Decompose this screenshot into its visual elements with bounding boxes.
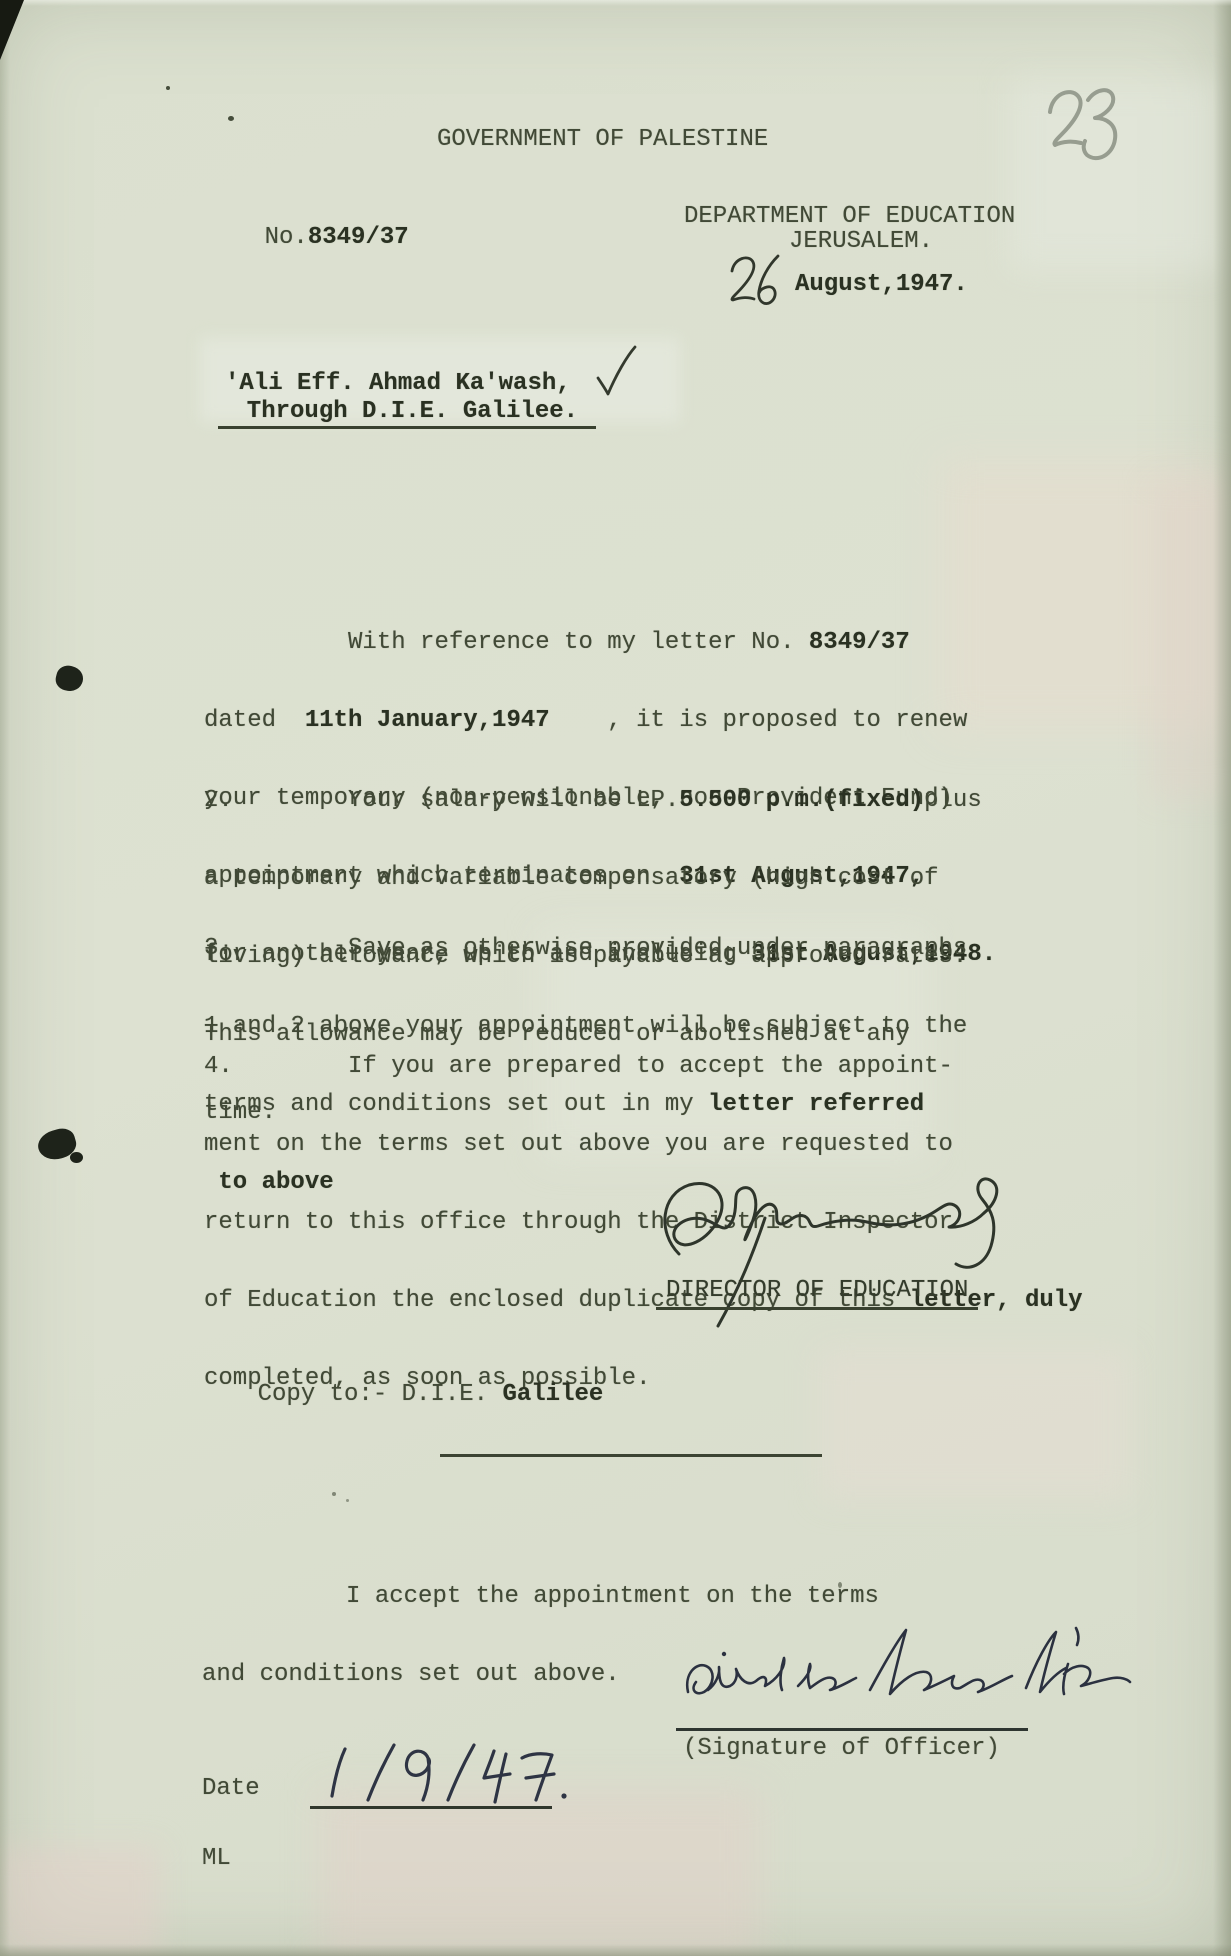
separator-rule bbox=[440, 1454, 822, 1457]
copy-to-label: Copy to:- D.I.E. bbox=[258, 1381, 503, 1408]
city-line: JERUSALEM. bbox=[789, 229, 933, 255]
seg: dated bbox=[204, 707, 305, 734]
para1-line2: dated 11th January,1947 , it is proposed… bbox=[204, 708, 996, 734]
typist-initials: ML bbox=[202, 1846, 231, 1872]
handwritten-date bbox=[302, 1738, 572, 1812]
seg-bold: 11th January,1947 bbox=[305, 707, 550, 734]
typed-date: August,1947. bbox=[795, 272, 968, 298]
addressee-name: 'Ali Eff. Ahmad Ka'wash, bbox=[225, 371, 571, 397]
ink-speck bbox=[346, 1499, 349, 1502]
scan-edge-top bbox=[0, 0, 1231, 6]
paper-stain bbox=[1150, 480, 1231, 800]
paper-stain bbox=[0, 1846, 160, 1956]
officer-signature bbox=[672, 1620, 1132, 1732]
page-title: GOVERNMENT OF PALESTINE bbox=[437, 127, 768, 153]
seg: , it is proposed to renew bbox=[550, 707, 968, 734]
copy-to-line: Copy to:- D.I.E. Galilee bbox=[200, 1356, 603, 1434]
reference-value: 8349/37 bbox=[308, 224, 409, 251]
handwritten-day bbox=[722, 250, 788, 314]
ink-speck bbox=[332, 1492, 336, 1496]
seg: 2. Your salary will be LP. bbox=[204, 787, 679, 814]
acceptance-line1: I accept the appointment on the terms bbox=[202, 1584, 879, 1610]
scan-edge-bottom bbox=[0, 1944, 1231, 1956]
reference-label: No. bbox=[265, 224, 308, 251]
reference-number: No.8349/37 bbox=[207, 199, 409, 277]
para3-line1: 3. Save as otherwise provided under para… bbox=[204, 936, 967, 962]
ink-speck bbox=[228, 116, 234, 121]
seg: ment on the terms set out above you are … bbox=[204, 1131, 953, 1158]
director-title: DIRECTOR OF EDUCATION bbox=[656, 1278, 978, 1310]
corner-shadow bbox=[0, 0, 24, 60]
date-label: Date bbox=[202, 1776, 260, 1802]
seg: I accept the appointment on the terms bbox=[202, 1583, 879, 1610]
checkmark-icon bbox=[590, 343, 638, 401]
seg: 4. If you are prepared to accept the app… bbox=[204, 1053, 953, 1080]
scanned-letter-page: GOVERNMENT OF PALESTINE No.8349/37 DEPAR… bbox=[0, 0, 1231, 1956]
scan-edge-right bbox=[1213, 0, 1231, 1956]
ink-blot bbox=[53, 663, 85, 694]
para2-line1: 2. Your salary will be LP.5.500 p.m.(fix… bbox=[204, 788, 982, 814]
department-line: DEPARTMENT OF EDUCATION bbox=[684, 204, 1015, 230]
seg: and conditions set out above. bbox=[202, 1661, 620, 1688]
ink-blot bbox=[70, 1152, 83, 1163]
seg-bold: 8349/37 bbox=[809, 629, 910, 656]
seg: plus bbox=[924, 787, 982, 814]
signature-caption: (Signature of Officer) bbox=[683, 1736, 1000, 1762]
para4-line1: 4. If you are prepared to accept the app… bbox=[204, 1054, 1083, 1080]
addressee-route: Through D.I.E. Galilee. bbox=[218, 399, 596, 429]
seg-bold: 5.500 p.m.(fixed) bbox=[679, 787, 924, 814]
seg: With reference to my letter No. bbox=[204, 629, 809, 656]
handwritten-page-number bbox=[1038, 82, 1120, 174]
seg: 3. Save as otherwise provided under para… bbox=[204, 935, 967, 962]
copy-to-value: Galilee bbox=[502, 1381, 603, 1408]
para1-line1: With reference to my letter No. 8349/37 bbox=[204, 630, 996, 656]
scan-edge-left bbox=[0, 0, 10, 1956]
paper-stain bbox=[320, 1790, 760, 1956]
para4-line2: ment on the terms set out above you are … bbox=[204, 1132, 1083, 1158]
ink-speck bbox=[166, 86, 170, 90]
